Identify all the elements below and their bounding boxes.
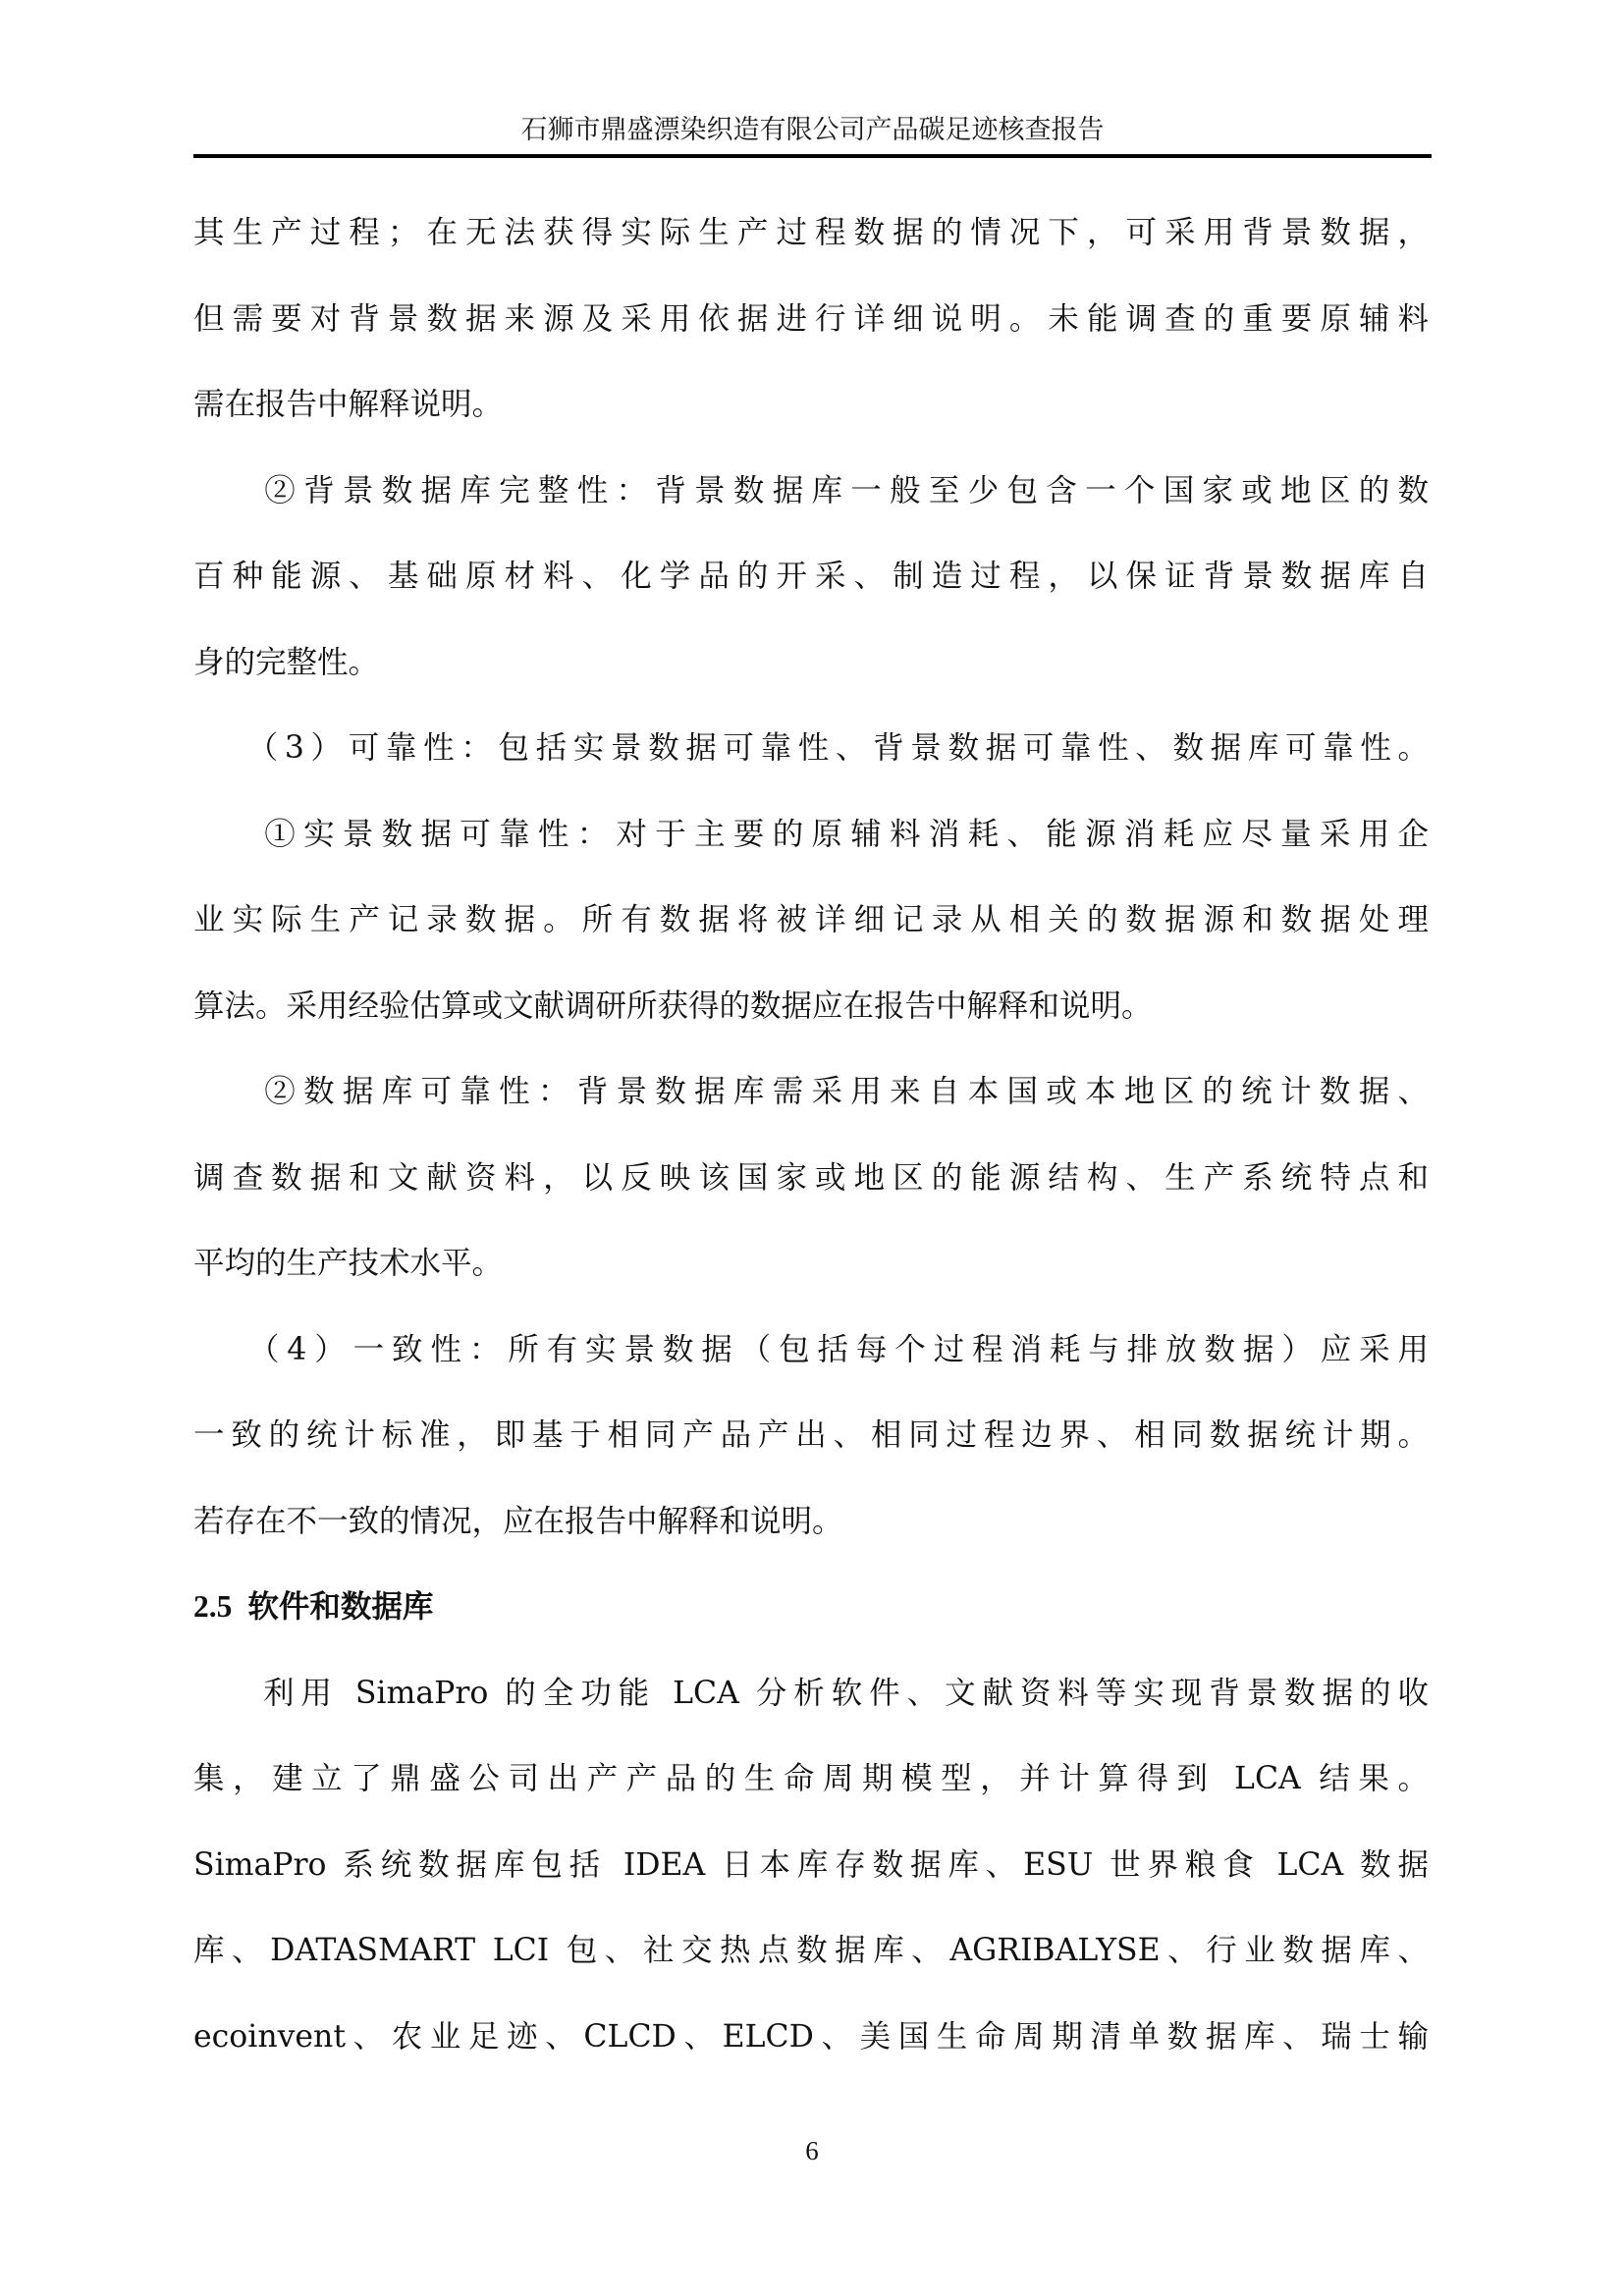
paragraph-line-indented: （4）一致性：所有实景数据（包括每个过程消耗与排放数据）应采用	[193, 1325, 1429, 1412]
document-body: 其生产过程；在无法获得实际生产过程数据的情况下，可采用背景数据， 但需要对背景数…	[193, 208, 1429, 2098]
paragraph-line: 库、DATASMART LCI 包、社交热点数据库、AGRIBALYSE、行业数…	[193, 1926, 1429, 2012]
paragraph-text: 利用 SimaPro 的全功能 LCA 分析软件、文献资料等实现背景数据的收	[256, 1676, 1429, 1711]
paragraph-line: ecoinvent、农业足迹、CLCD、ELCD、美国生命周期清单数据库、瑞士输	[193, 2012, 1429, 2099]
paragraph-line-indented: ②背景数据库完整性：背景数据库一般至少包含一个国家或地区的数	[193, 466, 1429, 553]
section-heading: 2.5软件和数据库	[193, 1582, 1429, 1669]
paragraph-text: ①实景数据可靠性：对于主要的原辅料消耗、能源消耗应尽量采用企	[256, 817, 1429, 852]
paragraph-line: 若存在不一致的情况，应在报告中解释和说明。	[193, 1497, 1429, 1583]
header-divider	[193, 154, 1432, 158]
paragraph-line: 百种能源、基础原材料、化学品的开采、制造过程，以保证背景数据库自	[193, 552, 1429, 638]
paragraph-line: SimaPro 系统数据库包括 IDEA 日本库存数据库、ESU 世界粮食 LC…	[193, 1841, 1429, 1927]
paragraph-text: （3）可靠性：包括实景数据可靠性、背景数据可靠性、数据库可靠性。	[241, 730, 1429, 766]
paragraph-line: 但需要对背景数据来源及采用依据进行详细说明。未能调查的重要原辅料	[193, 294, 1429, 381]
paragraph-line-indented: ②数据库可靠性：背景数据库需采用来自本国或本地区的统计数据、	[193, 1067, 1429, 1153]
paragraph-line: 平均的生产技术水平。	[193, 1239, 1429, 1325]
paragraph-line: 集，建立了鼎盛公司出产产品的生命周期模型，并计算得到 LCA 结果。	[193, 1754, 1429, 1841]
paragraph-line-indented: 利用 SimaPro 的全功能 LCA 分析软件、文献资料等实现背景数据的收	[193, 1669, 1429, 1755]
paragraph-line: 需在报告中解释说明。	[193, 380, 1429, 466]
paragraph-line: 调查数据和文献资料，以反映该国家或地区的能源结构、生产系统特点和	[193, 1153, 1429, 1240]
running-header-title: 石狮市鼎盛漂染织造有限公司产品碳足迹核查报告	[193, 114, 1432, 147]
paragraph-line: 其生产过程；在无法获得实际生产过程数据的情况下，可采用背景数据，	[193, 208, 1429, 294]
paragraph-line: 身的完整性。	[193, 638, 1429, 724]
paragraph-line: 一致的统计标准，即基于相同产品产出、相同过程边界、相同数据统计期。	[193, 1411, 1429, 1497]
page-number: 6	[0, 2134, 1624, 2167]
paragraph-line-indented: （3）可靠性：包括实景数据可靠性、背景数据可靠性、数据库可靠性。	[193, 723, 1429, 810]
paragraph-line: 业实际生产记录数据。所有数据将被详细记录从相关的数据源和数据处理	[193, 895, 1429, 982]
paragraph-line: 算法。采用经验估算或文献调研所获得的数据应在报告中解释和说明。	[193, 982, 1429, 1068]
section-title: 软件和数据库	[247, 1589, 433, 1625]
section-number: 2.5	[193, 1589, 232, 1624]
paragraph-text: ②数据库可靠性：背景数据库需采用来自本国或本地区的统计数据、	[256, 1074, 1429, 1109]
paragraph-line-indented: ①实景数据可靠性：对于主要的原辅料消耗、能源消耗应尽量采用企	[193, 810, 1429, 896]
paragraph-text: ②背景数据库完整性：背景数据库一般至少包含一个国家或地区的数	[256, 473, 1429, 508]
paragraph-text: （4）一致性：所有实景数据（包括每个过程消耗与排放数据）应采用	[241, 1332, 1429, 1367]
